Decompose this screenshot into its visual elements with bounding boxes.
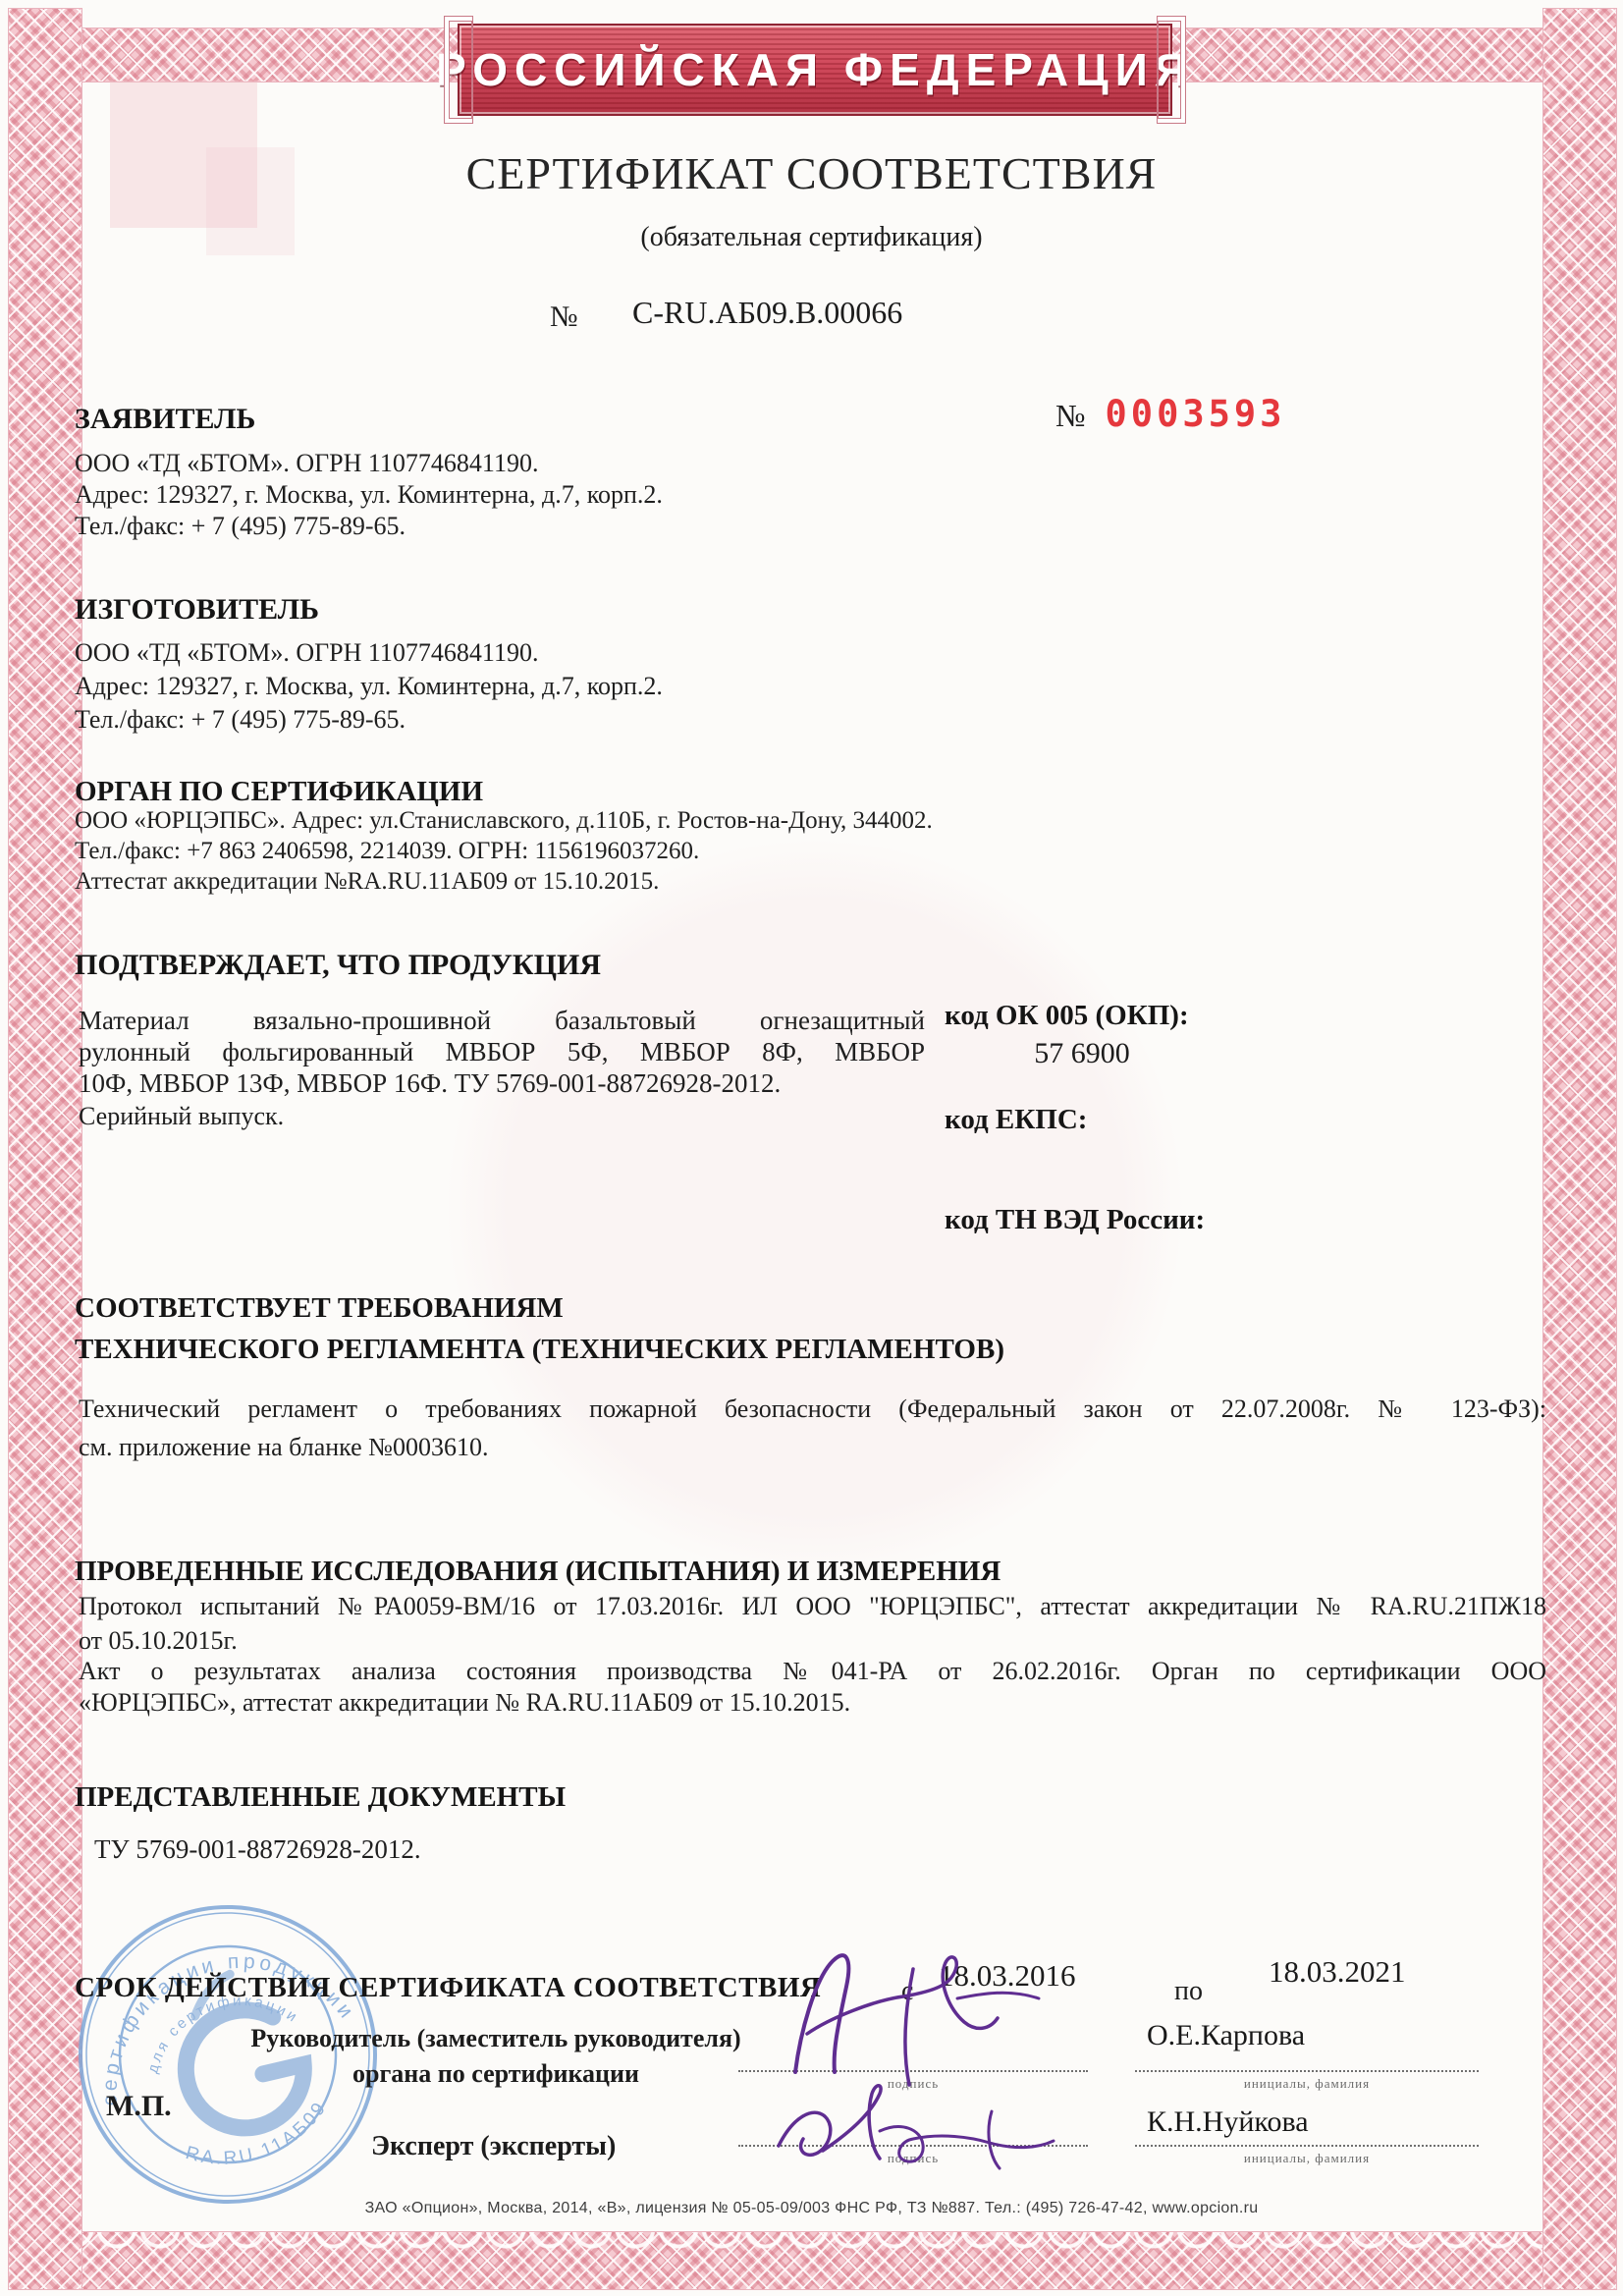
- expert-role: Эксперт (эксперты): [371, 2131, 616, 2162]
- code-okp-label: код ОК 005 (ОКП):: [945, 1000, 1189, 1032]
- head-role: Руководитель (заместитель руководителя) …: [231, 2021, 761, 2092]
- head-role-line: Руководитель (заместитель руководителя): [231, 2021, 761, 2056]
- applicant-lines: ООО «ТД «БТОМ». ОГРН 1107746841190. Адре…: [75, 448, 663, 542]
- name-caption: инициалы, фамилия: [1135, 2151, 1479, 2166]
- documents-heading: ПРЕДСТАВЛЕННЫЕ ДОКУМЕНТЫ: [75, 1781, 566, 1814]
- certification-body-lines: ООО «ЮРЦЭПБС». Адрес: ул.Станиславского,…: [75, 805, 933, 897]
- tests-p2-line: Акт о результатах анализа состояния прои…: [79, 1656, 1546, 1687]
- blank-number-label: №: [1055, 398, 1086, 433]
- certification-body-line: Аттестат аккредитации №RA.RU.11АБ09 от 1…: [75, 866, 933, 897]
- federation-banner: РОССИЙСКАЯ ФЕДЕРАЦИЯ: [458, 24, 1172, 116]
- tests-p1-line: Протокол испытаний №РА0059-ВМ/16 от 17.0…: [79, 1589, 1546, 1623]
- certificate-page: РОССИЙСКАЯ ФЕДЕРАЦИЯ СЕРТИФИКАТ СООТВЕТС…: [0, 0, 1623, 2296]
- applicant-line: ООО «ТД «БТОМ». ОГРН 1107746841190.: [75, 448, 663, 479]
- federation-banner-label: РОССИЙСКАЯ ФЕДЕРАЦИЯ: [436, 43, 1194, 96]
- applicant-line: Адрес: 129327, г. Москва, ул. Коминтерна…: [75, 479, 663, 511]
- product-description-line: Материал вязально-прошивной базальтовый …: [79, 1005, 925, 1036]
- certification-body-line: ООО «ЮРЦЭПБС». Адрес: ул.Станиславского,…: [75, 805, 933, 836]
- product-description-line: рулонный фольгированный МВБОР 5Ф, МВБОР …: [79, 1036, 925, 1067]
- code-ekps-label: код ЕКПС:: [945, 1104, 1087, 1136]
- border-band-right: [1542, 8, 1617, 2290]
- head-name-line: [1135, 2070, 1479, 2072]
- validity-to-date: 18.03.2021: [1269, 1954, 1406, 1990]
- applicant-line: Тел./факс: + 7 (495) 775-89-65.: [75, 511, 663, 542]
- border-band-bottom: [8, 2231, 1617, 2290]
- compliance-heading-1: СООТВЕТСТВУЕТ ТРЕБОВАНИЯМ: [75, 1292, 564, 1325]
- manufacturer-line: ООО «ТД «БТОМ». ОГРН 1107746841190.: [75, 636, 663, 670]
- compliance-line: см. приложение на бланке №0003610.: [79, 1428, 1546, 1466]
- documents-line: ТУ 5769-001-88726928-2012.: [94, 1834, 421, 1865]
- cert-number-label: №: [550, 301, 578, 334]
- compliance-text: Технический регламент о требованиях пожа…: [79, 1390, 1546, 1466]
- head-name: О.Е.Карпова: [1147, 2019, 1305, 2052]
- head-role-line: органа по сертификации: [231, 2056, 761, 2092]
- manufacturer-heading: ИЗГОТОВИТЕЛЬ: [75, 593, 319, 627]
- tests-p2-line: «ЮРЦЭПБС», аттестат аккредитации № RA.RU…: [79, 1687, 1546, 1719]
- manufacturer-lines: ООО «ТД «БТОМ». ОГРН 1107746841190. Адре…: [75, 636, 663, 737]
- tests-p1-line: от 05.10.2015г.: [79, 1623, 1546, 1658]
- manufacturer-line: Тел./факс: + 7 (495) 775-89-65.: [75, 703, 663, 737]
- expert-name-line: [1135, 2145, 1479, 2147]
- tests-heading: ПРОВЕДЕННЫЕ ИССЛЕДОВАНИЯ (ИСПЫТАНИЯ) И И…: [75, 1556, 1001, 1588]
- product-description-line: 10Ф, МВБОР 13Ф, МВБОР 16Ф. ТУ 5769-001-8…: [79, 1067, 925, 1099]
- certificate-title: СЕРТИФИКАТ СООТВЕТСТВИЯ: [0, 147, 1623, 199]
- blank-number-value: 0003593: [1106, 393, 1286, 435]
- product-serial: Серийный выпуск.: [79, 1102, 284, 1131]
- applicant-heading: ЗАЯВИТЕЛЬ: [75, 403, 255, 436]
- blank-number: № 0003593: [1055, 393, 1285, 435]
- code-okp-value: 57 6900: [945, 1037, 1219, 1070]
- banner-bracket-right: [1158, 17, 1185, 123]
- manufacturer-line: Адрес: 129327, г. Москва, ул. Коминтерна…: [75, 670, 663, 703]
- cert-number-value: C-RU.АБ09.В.00066: [632, 295, 902, 331]
- certificate-subtitle: (обязательная сертификация): [0, 222, 1623, 253]
- code-tnved-label: код ТН ВЭД России:: [945, 1204, 1205, 1236]
- expert-name: К.Н.Нуйкова: [1147, 2105, 1309, 2139]
- compliance-heading-2: ТЕХНИЧЕСКОГО РЕГЛАМЕНТА (ТЕХНИЧЕСКИХ РЕГ…: [75, 1334, 1004, 1366]
- tests-paragraph-1: Протокол испытаний №РА0059-ВМ/16 от 17.0…: [79, 1589, 1546, 1658]
- compliance-line: Технический регламент о требованиях пожа…: [79, 1390, 1546, 1428]
- expert-signature: [764, 2072, 1068, 2192]
- stamp-place-mark: М.П.: [106, 2090, 172, 2123]
- head-signature: [756, 1940, 1070, 2087]
- printer-footer: ЗАО «Опцион», Москва, 2014, «В», лицензи…: [0, 2200, 1623, 2217]
- certification-body-line: Тел./факс: +7 863 2406598, 2214039. ОГРН…: [75, 836, 933, 866]
- product-heading: ПОДТВЕРЖДАЕТ, ЧТО ПРОДУКЦИЯ: [75, 949, 601, 982]
- name-caption: инициалы, фамилия: [1135, 2076, 1479, 2092]
- validity-to-label: по: [1174, 1976, 1203, 2007]
- tests-paragraph-2: Акт о результатах анализа состояния прои…: [79, 1656, 1546, 1719]
- validity-heading: СРОК ДЕЙСТВИЯ СЕРТИФИКАТА СООТВЕТСТВИЯ: [75, 1972, 821, 2004]
- certification-body-heading: ОРГАН ПО СЕРТИФИКАЦИИ: [75, 776, 483, 808]
- product-description: Материал вязально-прошивной базальтовый …: [79, 1005, 925, 1099]
- banner-bracket-left: [445, 17, 472, 123]
